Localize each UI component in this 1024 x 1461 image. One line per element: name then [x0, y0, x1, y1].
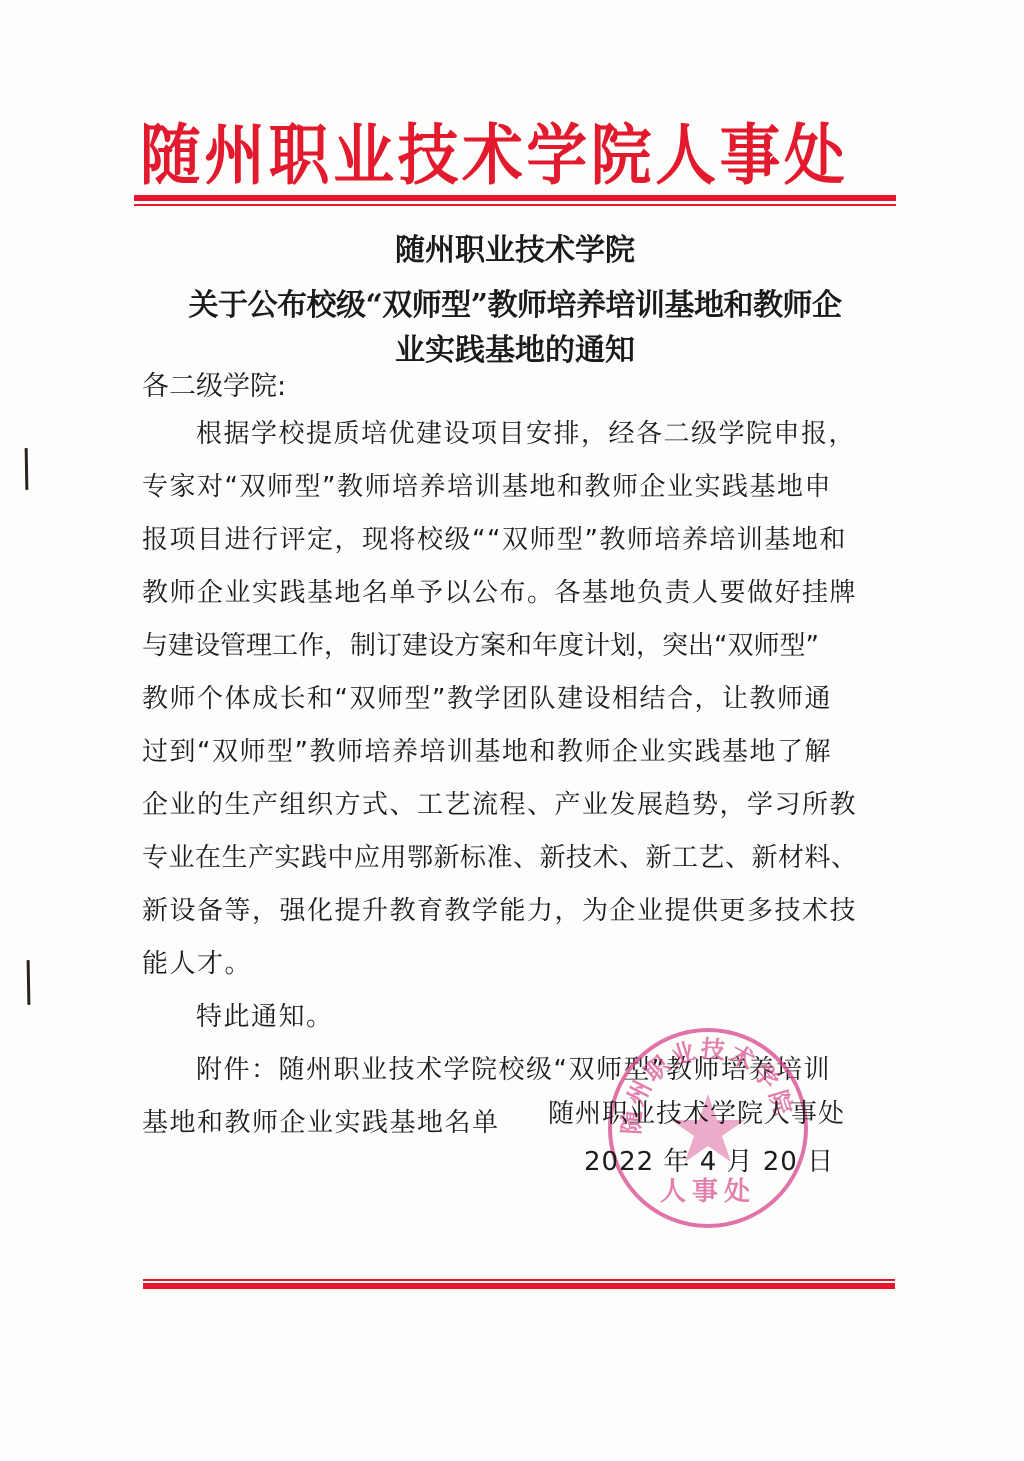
body-line: 专家对“双师型”教师培养培训基地和教师企业实践基地申 [142, 466, 832, 503]
body-line: 新设备等，强化提升教育教学能力，为企业提供更多技术技 [142, 890, 857, 927]
body-line: 过到“双师型”教师培养培训基地和教师企业实践基地了解 [142, 731, 832, 768]
body-line: 与建设管理工作，制订建设方案和年度计划，突出“双师型” [142, 625, 819, 662]
closing-line: 特此通知。 [196, 996, 334, 1033]
body-line: 企业的生产组织方式、工艺流程、产业发展趋势，学习所教 [142, 784, 857, 821]
document-title-line-1: 随州职业技术学院 [120, 225, 910, 269]
divider-thick-line [134, 195, 896, 201]
letterhead-title: 随州职业技术学院人事处 [140, 112, 830, 202]
divider-thick-line [143, 1283, 895, 1289]
body-line: 教师个体成长和“双师型”教学团队建设相结合，让教师通 [142, 678, 832, 715]
body-line: 教师企业实践基地名单予以公布。各基地负责人要做好挂牌 [142, 572, 857, 609]
body-line: 专业在生产实践中应用鄂新标准、新技术、新工艺、新材料、 [142, 837, 858, 874]
attachment-line: 基地和教师企业实践基地名单 [142, 1102, 500, 1139]
footer-divider [143, 1279, 895, 1291]
binding-mark [27, 960, 31, 1005]
notice-document: 随州职业技术学院人事处 随州职业技术学院 关于公布校级“双师型”教师培养培训基地… [0, 0, 1024, 1461]
body-line: 根据学校提质培优建设项目安排，经各二级学院申报， [196, 413, 856, 450]
body-line: 能人才。 [142, 943, 252, 980]
letterhead-divider [134, 195, 896, 207]
seal-bottom-text: 人事处 [660, 1177, 756, 1207]
issue-date: 2022 年 4 月 20 日 [584, 1141, 834, 1178]
salutation: 各二级学院: [142, 363, 872, 411]
issuer-signature: 随州职业技术学院人事处 [548, 1093, 845, 1130]
binding-mark [25, 448, 29, 490]
divider-thin-line [134, 204, 896, 206]
divider-thin-line [143, 1279, 895, 1281]
body-line: 报项目进行评定，现将校级““双师型”教师培养培训基地和 [142, 519, 847, 556]
document-title-line-2: 关于公布校级“双师型”教师培养培训基地和教师企 [120, 280, 910, 324]
